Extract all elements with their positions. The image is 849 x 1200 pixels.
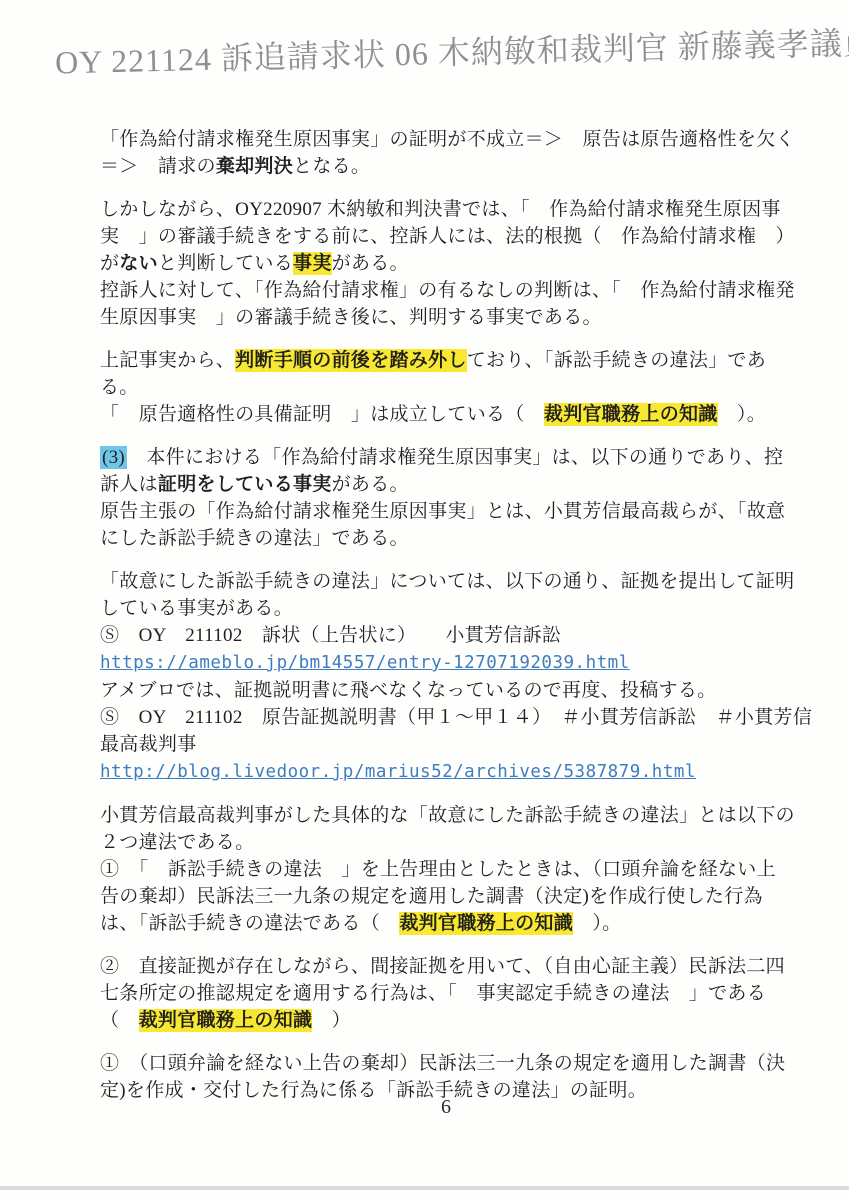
text-line: ① （口頭弁論を経ない上告の棄却）民訴法三一九条の規定を適用した調書（決 bbox=[100, 1050, 800, 1077]
text-line: ２つ違法である。 bbox=[100, 829, 800, 856]
highlighted-text: 判断手順の前後を踏み外し bbox=[235, 349, 467, 372]
text-line: 「故意にした訴訟手続きの違法」については、以下の通り、証拠を提出して証明 bbox=[100, 568, 800, 595]
text-run: ）。 bbox=[718, 404, 766, 425]
text-run: 告の棄却）民訴法三一九条の規定を適用した調書（決定)を作成行使した行為 bbox=[100, 886, 763, 907]
text-line: Ⓢ OY 211102 訴状（上告状に） 小貫芳信訴訟 bbox=[100, 622, 800, 649]
text-line: 控訴人に対して、「作為給付請求権」の有るなしの判断は、「 作為給付請求権発 bbox=[100, 277, 800, 304]
text-run: ）。 bbox=[573, 913, 621, 934]
text-line: 実 」の審議手続きをする前に、控訴人には、法的根拠（ 作為給付請求権 ） bbox=[100, 223, 800, 250]
text-run: しかしながら、OY220907 木納敏和判決書では、「 作為給付請求権発生原因事 bbox=[100, 199, 781, 220]
hyperlink[interactable]: https://ameblo.jp/bm14557/entry-12707192… bbox=[100, 653, 630, 673]
text-run: 最高裁判事 bbox=[100, 734, 197, 755]
text-run: ２つ違法である。 bbox=[100, 832, 254, 853]
text-line: ① 「 訴訟手続きの違法 」を上告理由としたときは、（口頭弁論を経ない上 bbox=[100, 856, 800, 883]
text-run: 実 」の審議手続きをする前に、控訴人には、法的根拠（ 作為給付請求権 ） bbox=[100, 226, 795, 247]
text-run: ① （口頭弁論を経ない上告の棄却）民訴法三一九条の規定を適用した調書（決 bbox=[100, 1053, 785, 1074]
page-number: 6 bbox=[100, 1096, 792, 1119]
text-run: は、「訴訟手続きの違法である（ bbox=[100, 913, 399, 934]
text-run: ており、「訴訟手続きの違法」であ bbox=[467, 350, 766, 371]
text-run: 訴人は bbox=[100, 474, 158, 495]
text-line: しかしながら、OY220907 木納敏和判決書では、「 作為給付請求権発生原因事 bbox=[100, 196, 800, 223]
text-line: 七条所定の推認規定を適用する行為は、「 事実認定手続きの違法 」である bbox=[100, 980, 800, 1007]
text-line: ② 直接証拠が存在しながら、間接証拠を用いて、（自由心証主義）民訴法二四 bbox=[100, 953, 800, 980]
highlighted-text: 裁判官職務上の知識 bbox=[544, 403, 718, 426]
text-line: 生原因事実 」の審議手続き後に、判明する事実である。 bbox=[100, 304, 800, 331]
highlighted-text: 事実 bbox=[293, 252, 332, 275]
scanner-edge-artifact bbox=[0, 1186, 849, 1190]
bold-text: 証明をしている事実 bbox=[158, 474, 332, 495]
blue-highlighted-text: (3) bbox=[100, 446, 127, 469]
highlighted-text: 裁判官職務上の知識 bbox=[399, 912, 573, 935]
text-line: 小貫芳信最高裁判事がした具体的な「故意にした訴訟手続きの違法」とは以下の bbox=[100, 802, 800, 829]
text-line: は、「訴訟手続きの違法である（ 裁判官職務上の知識 ）。 bbox=[100, 910, 800, 937]
text-line: http://blog.livedoor.jp/marius52/archive… bbox=[100, 758, 800, 786]
text-run: 小貫芳信最高裁判事がした具体的な「故意にした訴訟手続きの違法」とは以下の bbox=[100, 805, 795, 826]
text-run: （ bbox=[100, 1010, 139, 1031]
handwritten-header: OY 221124 訴追請求状 06 木納敏和裁判官 新藤義孝議員 bbox=[55, 24, 836, 81]
text-run: 「 原告適格性の具備証明 」は成立している（ bbox=[100, 404, 544, 425]
text-run: 七条所定の推認規定を適用する行為は、「 事実認定手続きの違法 」である bbox=[100, 983, 766, 1004]
text-run: 「作為給付請求権発生原因事実」の証明が不成立＝＞ 原告は原告適格性を欠く bbox=[100, 129, 795, 150]
text-run: 控訴人に対して、「作為給付請求権」の有るなしの判断は、「 作為給付請求権発 bbox=[100, 280, 795, 301]
text-run: ② 直接証拠が存在しながら、間接証拠を用いて、（自由心証主義）民訴法二四 bbox=[100, 956, 785, 977]
text-run: アメブロでは、証拠説明書に飛べなくなっているので再度、投稿する。 bbox=[100, 680, 716, 701]
bold-text: ない bbox=[119, 253, 158, 274]
text-run: ＝＞ 請求の bbox=[100, 156, 216, 177]
scanned-page: OY 221124 訴追請求状 06 木納敏和裁判官 新藤義孝議員 「作為給付請… bbox=[0, 0, 849, 1200]
text-run: にした訴訟手続きの違法」である。 bbox=[100, 528, 409, 549]
text-run: がある。 bbox=[332, 474, 409, 495]
text-run: 原告主張の「作為給付請求権発生原因事実」とは、小貫芳信最高裁らが、「故意 bbox=[100, 501, 785, 522]
text-run: Ⓢ OY 211102 訴状（上告状に） 小貫芳信訴訟 bbox=[100, 625, 561, 646]
text-run: 本件における「作為給付請求権発生原因事実」は、以下の通りであり、控 bbox=[127, 447, 783, 468]
text-run: ① 「 訴訟手続きの違法 」を上告理由としたときは、（口頭弁論を経ない上 bbox=[100, 859, 776, 880]
text-line: 原告主張の「作為給付請求権発生原因事実」とは、小貫芳信最高裁らが、「故意 bbox=[100, 498, 800, 525]
text-run: る。 bbox=[100, 377, 139, 398]
text-line: 最高裁判事 bbox=[100, 731, 800, 758]
text-line: 訴人は証明をしている事実がある。 bbox=[100, 471, 800, 498]
text-line: 告の棄却）民訴法三一九条の規定を適用した調書（決定)を作成行使した行為 bbox=[100, 883, 800, 910]
text-run: がある。 bbox=[332, 253, 409, 274]
text-run: 生原因事実 」の審議手続き後に、判明する事実である。 bbox=[100, 307, 602, 328]
text-line: https://ameblo.jp/bm14557/entry-12707192… bbox=[100, 649, 800, 677]
highlighted-text: 裁判官職務上の知識 bbox=[139, 1009, 313, 1032]
text-run: Ⓢ OY 211102 原告証拠説明書（甲１～甲１４） ＃小貫芳信訴訟 ＃小貫芳… bbox=[100, 707, 812, 728]
text-line: ＝＞ 請求の棄却判決となる。 bbox=[100, 153, 800, 180]
text-line: る。 bbox=[100, 374, 800, 401]
text-run: が bbox=[100, 253, 119, 274]
text-line: がないと判断している事実がある。 bbox=[100, 250, 800, 277]
text-line: 上記事実から、判断手順の前後を踏み外しており、「訴訟手続きの違法」であ bbox=[100, 347, 800, 374]
text-line: Ⓢ OY 211102 原告証拠説明書（甲１～甲１４） ＃小貫芳信訴訟 ＃小貫芳… bbox=[100, 704, 800, 731]
text-run: ） bbox=[312, 1010, 351, 1031]
bold-text: 棄却判決 bbox=[216, 156, 293, 177]
text-line: （ 裁判官職務上の知識 ） bbox=[100, 1007, 800, 1034]
text-line: にした訴訟手続きの違法」である。 bbox=[100, 525, 800, 552]
text-line: 「 原告適格性の具備証明 」は成立している（ 裁判官職務上の知識 ）。 bbox=[100, 401, 800, 428]
text-run: している事実がある。 bbox=[100, 598, 293, 619]
text-run: と判断している bbox=[158, 253, 293, 274]
text-line: 「作為給付請求権発生原因事実」の証明が不成立＝＞ 原告は原告適格性を欠く bbox=[100, 126, 800, 153]
text-run: となる。 bbox=[293, 156, 370, 177]
text-run: 「故意にした訴訟手続きの違法」については、以下の通り、証拠を提出して証明 bbox=[100, 571, 794, 592]
text-run: 上記事実から、 bbox=[100, 350, 235, 371]
hyperlink[interactable]: http://blog.livedoor.jp/marius52/archive… bbox=[100, 762, 696, 782]
text-line: アメブロでは、証拠説明書に飛べなくなっているので再度、投稿する。 bbox=[100, 677, 800, 704]
text-line: している事実がある。 bbox=[100, 595, 800, 622]
text-line: (3) 本件における「作為給付請求権発生原因事実」は、以下の通りであり、控 bbox=[100, 444, 800, 471]
typed-text-body: 「作為給付請求権発生原因事実」の証明が不成立＝＞ 原告は原告適格性を欠く＝＞ 請… bbox=[100, 126, 800, 1104]
